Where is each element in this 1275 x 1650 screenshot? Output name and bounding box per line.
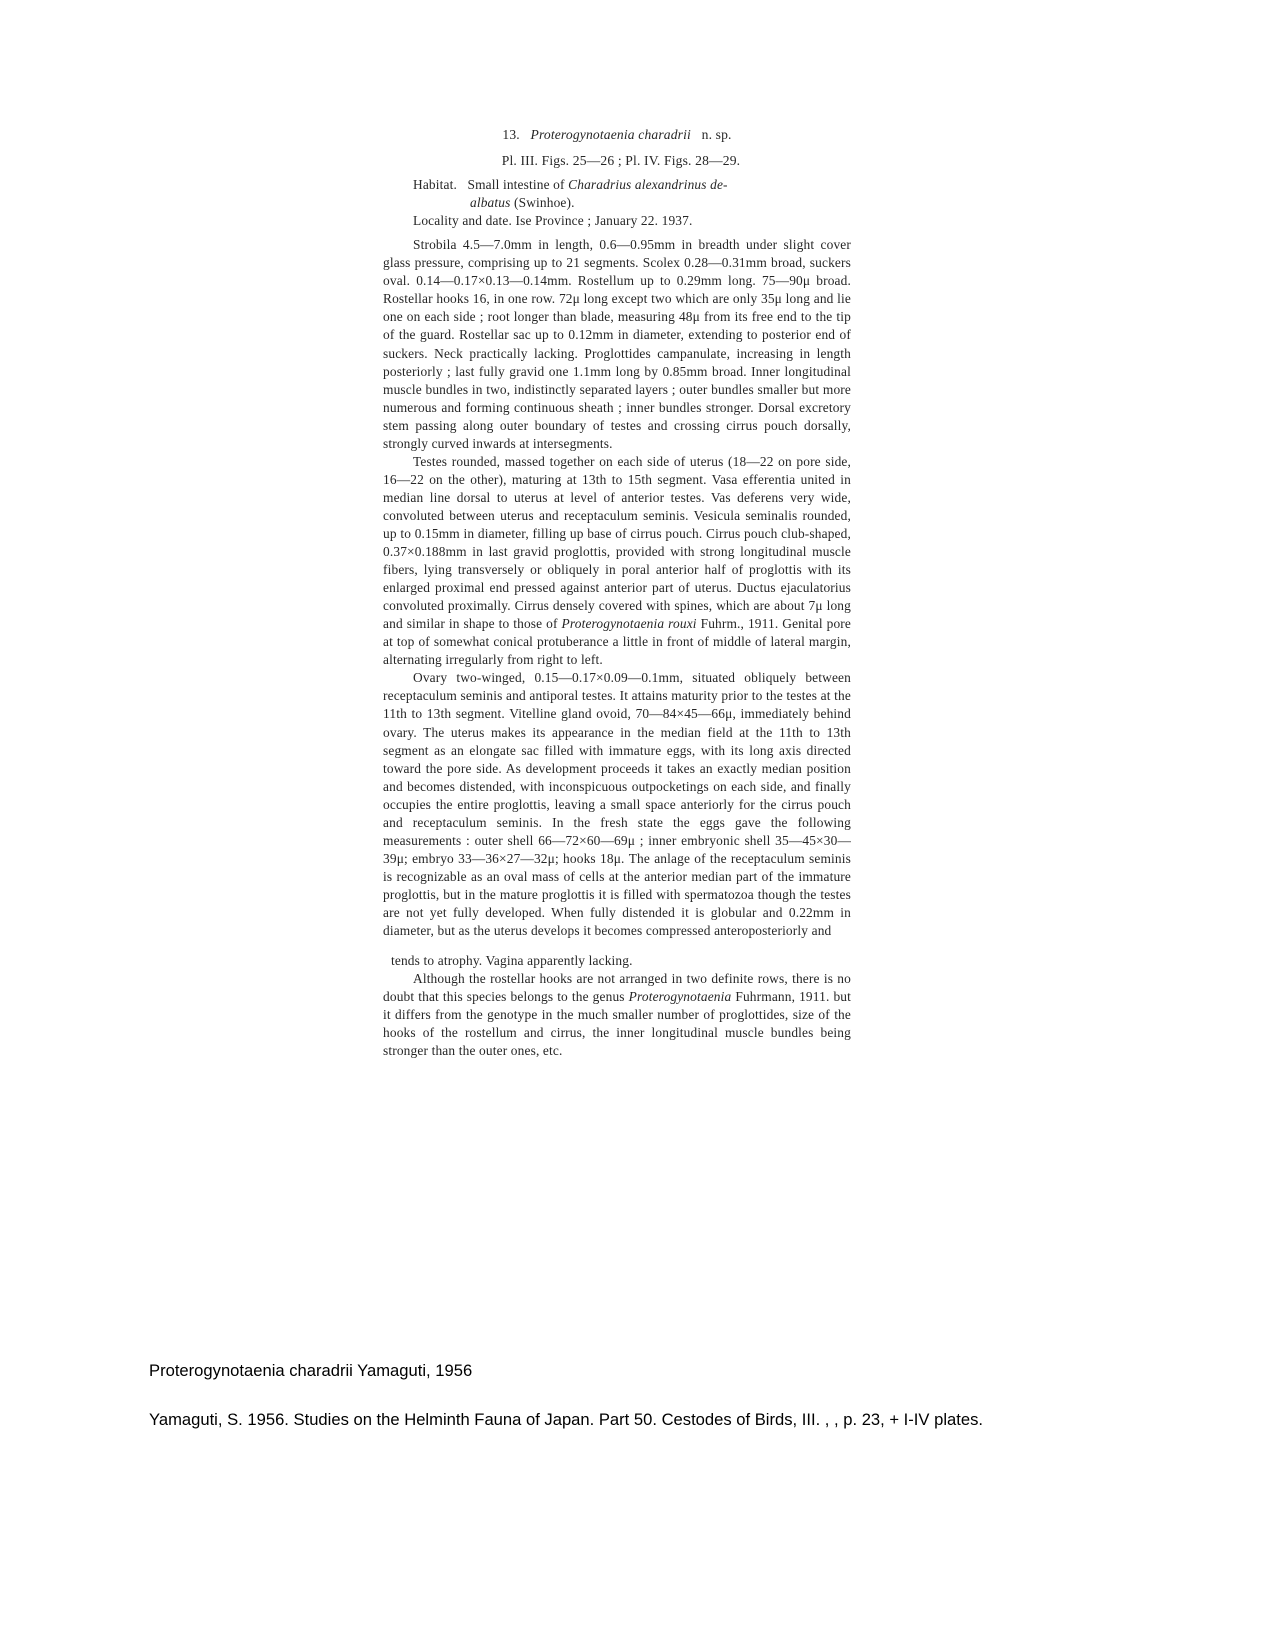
page-break-gap bbox=[383, 940, 851, 952]
species-heading: 13. Proterogynotaenia charadrii n. sp. bbox=[383, 126, 851, 144]
habitat-host-cont: albatus bbox=[470, 195, 510, 210]
paragraph-testes: Testes rounded, massed together on each … bbox=[383, 453, 851, 670]
heading-number: 13. bbox=[502, 127, 519, 142]
heading-species-name: Proterogynotaenia charadrii bbox=[530, 127, 690, 142]
plates-reference: Pl. III. Figs. 25—26 ; Pl. IV. Figs. 28—… bbox=[383, 152, 851, 170]
citation-caption: Yamaguti, S. 1956. Studies on the Helmin… bbox=[149, 1409, 1109, 1430]
discussion-genus: Proterogynotaenia bbox=[629, 989, 732, 1004]
scanned-page: 13. Proterogynotaenia charadrii n. sp. P… bbox=[383, 126, 851, 1060]
heading-suffix: n. sp. bbox=[702, 127, 732, 142]
habitat-host: Charadrius alexandrinus de- bbox=[568, 177, 728, 192]
paragraph-testes-text: Testes rounded, massed together on each … bbox=[383, 454, 851, 631]
paragraph-strobila: Strobila 4.5—7.0mm in length, 0.6—0.95mm… bbox=[383, 236, 851, 453]
habitat-continuation: albatus (Swinhoe). bbox=[413, 194, 851, 212]
paragraph-testes-species: Proterogynotaenia rouxi bbox=[562, 616, 697, 631]
paragraph-discussion: Although the rostellar hooks are not arr… bbox=[383, 970, 851, 1060]
habitat-text: Small intestine of bbox=[467, 177, 564, 192]
habitat-author: (Swinhoe). bbox=[514, 195, 575, 210]
paragraph-ovary: Ovary two-winged, 0.15—0.17×0.09—0.1mm, … bbox=[383, 669, 851, 940]
continuation-line: tends to atrophy. Vagina apparently lack… bbox=[383, 952, 851, 970]
species-caption: Proterogynotaenia charadrii Yamaguti, 19… bbox=[149, 1360, 472, 1381]
locality-line: Locality and date. Ise Province ; Januar… bbox=[383, 212, 851, 230]
habitat-line: Habitat. Small intestine of Charadrius a… bbox=[383, 176, 851, 212]
habitat-label: Habitat. bbox=[413, 177, 457, 192]
